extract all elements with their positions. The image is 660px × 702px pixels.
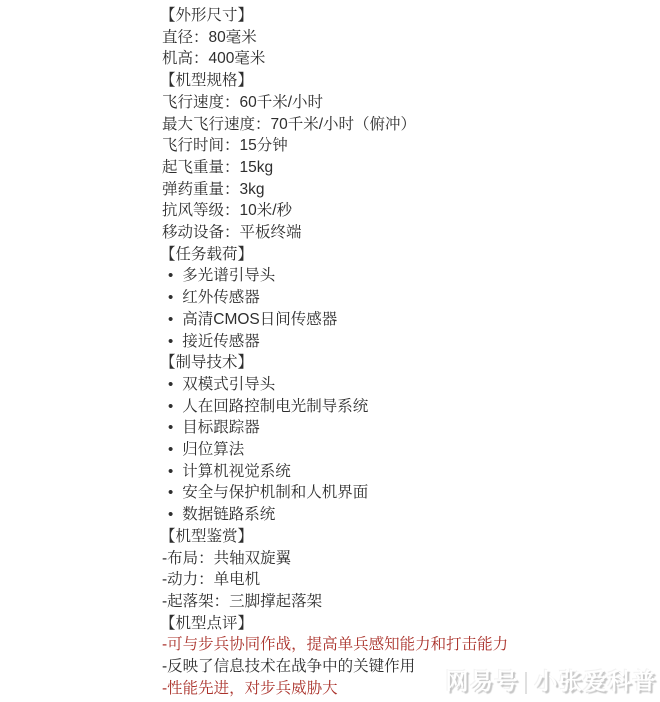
bullet-text: 数据链路系统: [182, 504, 275, 526]
bullet-icon: •: [168, 504, 173, 526]
bullet-text: 计算机视觉系统: [182, 461, 291, 483]
text-line: 移动设备：平板终端: [160, 222, 580, 244]
bullet-icon: •: [168, 482, 173, 504]
section-heading: 【任务载荷】: [160, 244, 580, 266]
watermark-account: 小张爱科普: [535, 668, 658, 694]
bullet-icon: •: [168, 309, 173, 331]
text-line: •红外传感器: [160, 287, 580, 309]
text-line: 最大飞行速度：70千米/小时（俯冲）: [160, 114, 580, 136]
text-line: -动力：单电机: [160, 569, 580, 591]
article-body: 【外形尺寸】直径：80毫米机高：400毫米【机型规格】飞行速度：60千米/小时最…: [160, 5, 580, 700]
text-line: -起落架：三脚撑起落架: [160, 591, 580, 613]
bullet-icon: •: [168, 287, 173, 309]
section-heading: 【制导技术】: [160, 352, 580, 374]
text-line: 机高：400毫米: [160, 48, 580, 70]
bullet-icon: •: [168, 417, 173, 439]
bullet-icon: •: [168, 439, 173, 461]
text-line: •计算机视觉系统: [160, 461, 580, 483]
bullet-text: 红外传感器: [182, 287, 260, 309]
bullet-text: 目标跟踪器: [182, 417, 260, 439]
section-heading: 【机型鉴赏】: [160, 526, 580, 548]
bullet-text: 多光谱引导头: [182, 265, 275, 287]
text-line: •接近传感器: [160, 331, 580, 353]
watermark-brand: 网易号: [446, 668, 520, 694]
text-line: 抗风等级：10米/秒: [160, 200, 580, 222]
bullet-icon: •: [168, 331, 173, 353]
bullet-icon: •: [168, 396, 173, 418]
bullet-text: 高清CMOS日间传感器: [182, 309, 337, 331]
watermark: 网易号|小张爱科普: [446, 663, 657, 696]
text-line: 起飞重量：15kg: [160, 157, 580, 179]
text-line: 飞行时间：15分钟: [160, 135, 580, 157]
text-line: -布局：共轴双旋翼: [160, 548, 580, 570]
document-lines: 【外形尺寸】直径：80毫米机高：400毫米【机型规格】飞行速度：60千米/小时最…: [160, 5, 580, 700]
bullet-text: 人在回路控制电光制导系统: [182, 396, 368, 418]
text-line: 飞行速度：60千米/小时: [160, 92, 580, 114]
text-line: •双模式引导头: [160, 374, 580, 396]
text-line: •高清CMOS日间传感器: [160, 309, 580, 331]
text-line: 弹药重量：3kg: [160, 179, 580, 201]
bullet-icon: •: [168, 374, 173, 396]
bullet-icon: •: [168, 461, 173, 483]
bullet-text: 接近传感器: [182, 331, 260, 353]
bullet-text: 安全与保护机制和人机界面: [182, 482, 368, 504]
section-heading: 【机型规格】: [160, 70, 580, 92]
text-line: •人在回路控制电光制导系统: [160, 396, 580, 418]
text-line: •数据链路系统: [160, 504, 580, 526]
bullet-icon: •: [168, 265, 173, 287]
section-heading: 【外形尺寸】: [160, 5, 580, 27]
text-line: 直径：80毫米: [160, 27, 580, 49]
watermark-separator: |: [519, 668, 534, 694]
text-line: •归位算法: [160, 439, 580, 461]
text-line: •目标跟踪器: [160, 417, 580, 439]
bullet-text: 双模式引导头: [182, 374, 275, 396]
text-line: •安全与保护机制和人机界面: [160, 482, 580, 504]
text-line: -可与步兵协同作战，提高单兵感知能力和打击能力: [160, 634, 580, 656]
section-heading: 【机型点评】: [160, 613, 580, 635]
text-line: •多光谱引导头: [160, 265, 580, 287]
bullet-text: 归位算法: [182, 439, 244, 461]
